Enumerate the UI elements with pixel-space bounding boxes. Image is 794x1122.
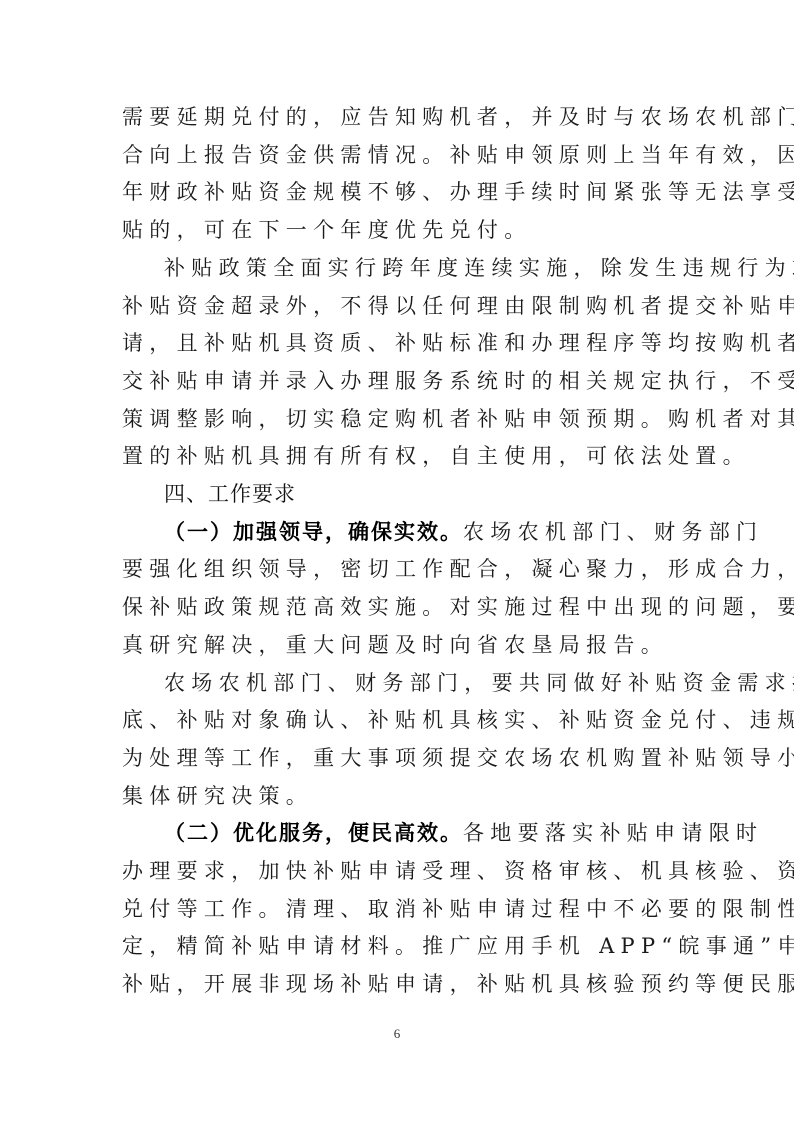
text-line: 补贴政策全面实行跨年度连续实施，除发生违规行为或	[122, 250, 674, 288]
text-line: 请，且补贴机具资质、补贴标准和办理程序等均按购机者提	[122, 325, 674, 363]
text-run: 农场农机部门、财务部门	[463, 520, 763, 544]
text-line: 贴的，可在下一个年度优先兑付。	[122, 212, 674, 250]
subsection-optimize-service: （二）优化服务，便民高效。各地要落实补贴申请限时 办理要求，加快补贴申请受理、资…	[122, 815, 674, 1004]
text-line: 底、补贴对象确认、补贴机具核实、补贴资金兑付、违规行	[122, 702, 674, 740]
text-line: 为处理等工作，重大事项须提交农场农机购置补贴领导小组	[122, 740, 674, 778]
subsection-title: （二）优化服务，便民高效。	[164, 821, 463, 845]
text-line: 年财政补贴资金规模不够、办理手续时间紧张等无法享受补	[122, 174, 674, 212]
text-line: 置的补贴机具拥有所有权，自主使用，可依法处置。	[122, 438, 674, 476]
subsection-strengthen-leadership: （一）加强领导，确保实效。农场农机部门、财务部门 要强化组织领导，密切工作配合，…	[122, 514, 674, 665]
subsection-first-line: （二）优化服务，便民高效。各地要落实补贴申请限时	[122, 815, 674, 853]
text-line: 补贴，开展非现场补贴申请，补贴机具核验预约等便民服务。	[122, 966, 674, 1004]
text-line: 兑付等工作。清理、取消补贴申请过程中不必要的限制性规	[122, 891, 674, 929]
text-line: 集体研究决策。	[122, 778, 674, 816]
text-line: 办理要求，加快补贴申请受理、资格审核、机具核验、资金	[122, 853, 674, 891]
text-line: 需要延期兑付的，应告知购机者，并及时与农场农机部门联	[122, 99, 674, 137]
text-line: 合向上报告资金供需情况。补贴申领原则上当年有效，因当	[122, 137, 674, 175]
paragraph-subsidy-deferral: 需要延期兑付的，应告知购机者，并及时与农场农机部门联 合向上报告资金供需情况。补…	[122, 99, 674, 250]
text-line: 农场农机部门、财务部门，要共同做好补贴资金需求摸	[122, 665, 674, 703]
text-run: 各地要落实补贴申请限时	[463, 821, 763, 845]
paragraph-joint-responsibilities: 农场农机部门、财务部门，要共同做好补贴资金需求摸 底、补贴对象确认、补贴机具核实…	[122, 665, 674, 816]
text-line: 要强化组织领导，密切工作配合，凝心聚力，形成合力，确	[122, 551, 674, 589]
text-line: 策调整影响，切实稳定购机者补贴申领预期。购机者对其购	[122, 401, 674, 439]
subsection-first-line: （一）加强领导，确保实效。农场农机部门、财务部门	[122, 514, 674, 552]
text-line: 交补贴申请并录入办理服务系统时的相关规定执行，不受政	[122, 363, 674, 401]
section-heading-work-requirements: 四、工作要求	[122, 476, 674, 514]
text-line: 保补贴政策规范高效实施。对实施过程中出现的问题，要认	[122, 589, 674, 627]
text-line: 真研究解决，重大问题及时向省农垦局报告。	[122, 627, 674, 665]
text-line: 定，精简补贴申请材料。推广应用手机 APP“皖事通”申请	[122, 928, 674, 966]
document-page: 需要延期兑付的，应告知购机者，并及时与农场农机部门联 合向上报告资金供需情况。补…	[122, 99, 674, 1004]
text-line: 补贴资金超录外，不得以任何理由限制购机者提交补贴申	[122, 288, 674, 326]
paragraph-cross-year-policy: 补贴政策全面实行跨年度连续实施，除发生违规行为或 补贴资金超录外，不得以任何理由…	[122, 250, 674, 476]
subsection-title: （一）加强领导，确保实效。	[164, 520, 463, 544]
page-number: 6	[0, 1026, 794, 1042]
